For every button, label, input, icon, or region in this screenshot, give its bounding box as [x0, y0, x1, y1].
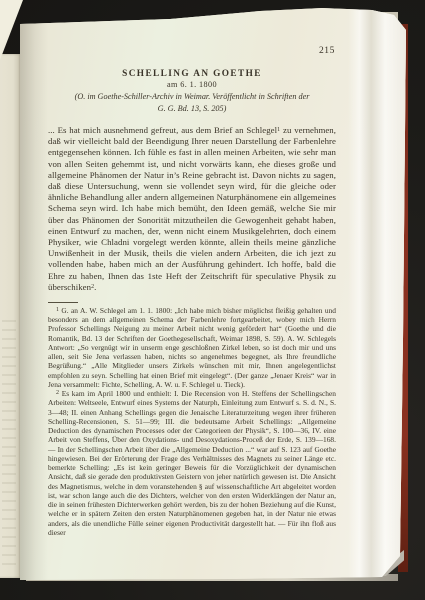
footnote-1: 1 G. an A. W. Schlegel am 1. 1. 1800: „I… [48, 306, 336, 389]
page-content: 215 SCHELLING AN GOETHE am 6. 1. 1800 (O… [48, 0, 336, 537]
footnotes: 1 G. an A. W. Schlegel am 1. 1. 1800: „I… [48, 306, 336, 537]
letter-source: (O. im Goethe-Schiller-Archiv in Weimar.… [48, 91, 336, 114]
footnote-2: 2 Es kam im April 1800 und enthielt: I. … [48, 389, 336, 537]
letter-body-part-1: ... Es hat mich ausnehmend gefreut, aus … [48, 125, 277, 135]
footnote-2-text: Es kam im April 1800 und enthielt: I. Di… [48, 389, 336, 537]
letter-body: ... Es hat mich ausnehmend gefreut, aus … [48, 125, 336, 293]
facing-page-edge [0, 54, 22, 578]
footnote-1-text: G. an A. W. Schlegel am 1. 1. 1800: „Ich… [48, 306, 336, 389]
facing-page-print-through [2, 320, 16, 570]
book-page: 215 SCHELLING AN GOETHE am 6. 1. 1800 (O… [20, 0, 406, 600]
letter-heading: SCHELLING AN GOETHE am 6. 1. 1800 (O. im… [48, 69, 336, 114]
letter-date: am 6. 1. 1800 [48, 80, 336, 90]
letter-body-part-2: zu vernehmen, daß wir vielleicht bald de… [48, 125, 336, 292]
letter-source-line-1: (O. im Goethe-Schiller-Archiv in Weimar.… [48, 91, 336, 103]
page-number: 215 [319, 46, 335, 56]
letter-body-part-3: . [94, 282, 96, 292]
letter-title: SCHELLING AN GOETHE [48, 69, 336, 79]
footnote-separator [48, 302, 78, 303]
letter-source-line-2: G. G. Bd. 13, S. 205) [48, 103, 336, 115]
